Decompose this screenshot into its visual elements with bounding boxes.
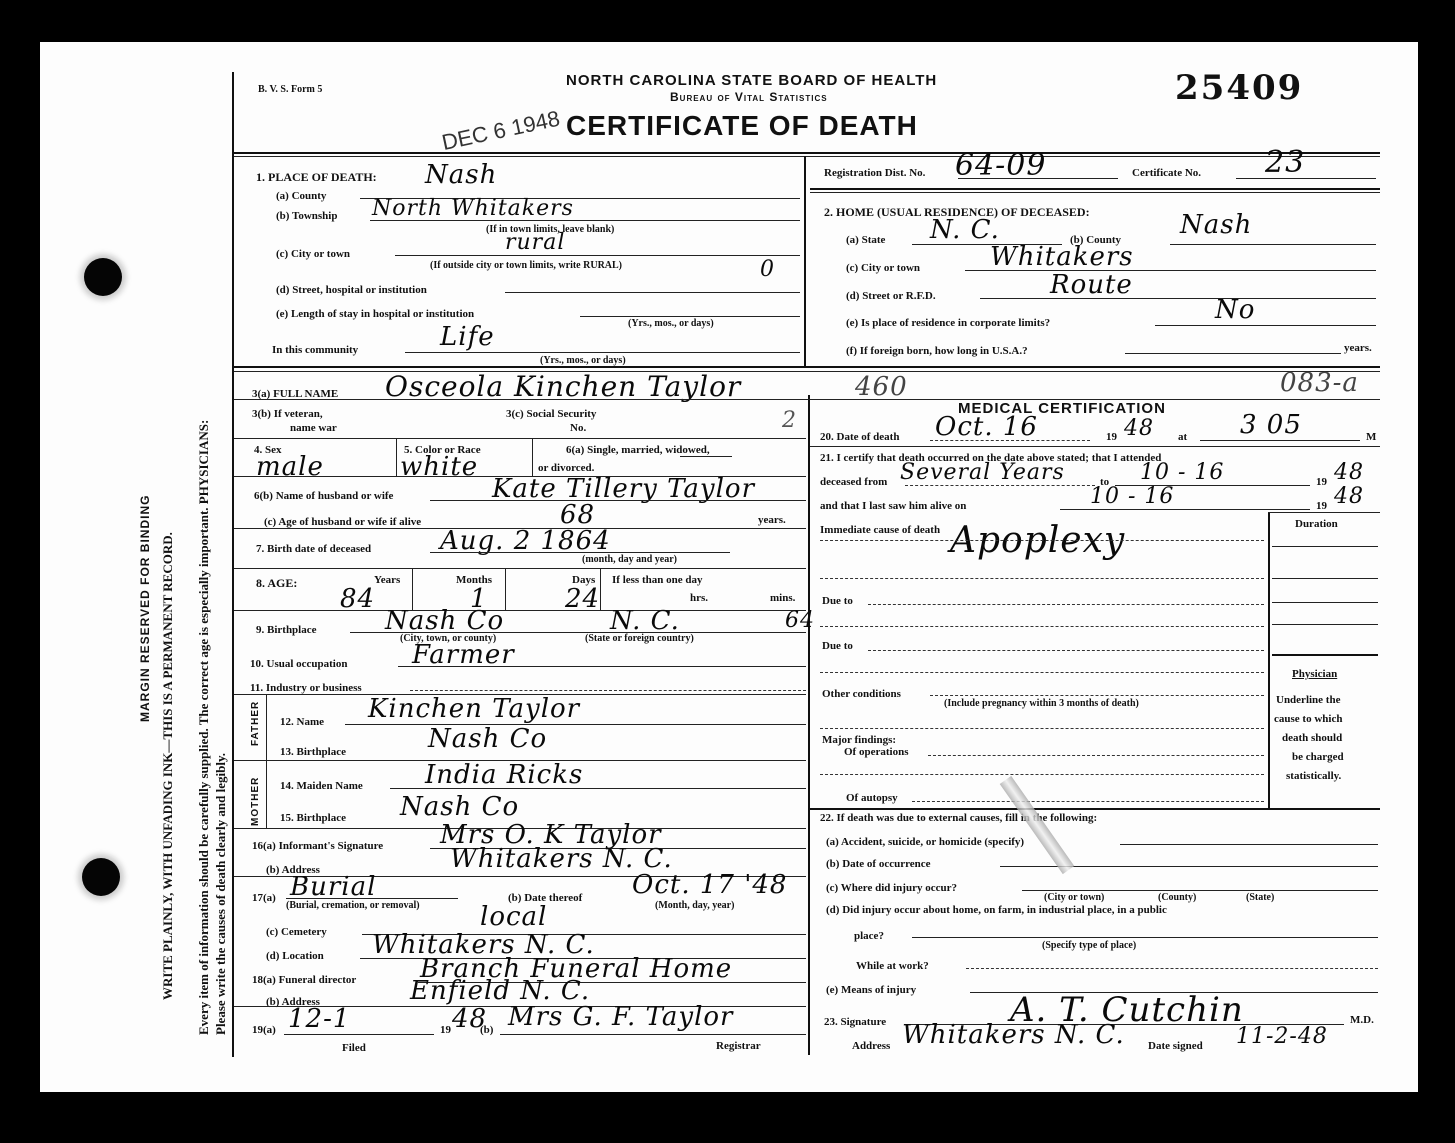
mother-birthplace-value[interactable]: Nash Co	[400, 792, 519, 822]
due-to-1-label: Due to	[822, 595, 853, 607]
ss-label-1: 3(c) Social Security	[506, 408, 596, 420]
while-at-work-label: While at work?	[856, 960, 929, 972]
punch-hole-bottom	[82, 858, 120, 896]
age-label: 8. AGE:	[256, 576, 297, 591]
death-street-line	[505, 292, 800, 293]
mother-maiden-line	[390, 788, 806, 789]
sex-value[interactable]: male	[256, 452, 324, 482]
death-township-label: (b) Township	[276, 210, 337, 222]
attended-to-value[interactable]: 10 - 16	[1140, 460, 1224, 485]
home-foreign-line	[1125, 353, 1341, 354]
physician-md-suffix: M.D.	[1350, 1014, 1374, 1026]
funeral-director-label: 18(a) Funeral director	[252, 974, 356, 986]
attended-to-year-prefix: 19	[1316, 476, 1327, 488]
external-d-label-2: place?	[854, 930, 884, 942]
physician-box-line4: be charged	[1292, 751, 1344, 763]
duration-line-3	[1272, 602, 1378, 603]
community-value[interactable]: Life	[440, 322, 495, 352]
age-divider-1	[412, 568, 413, 610]
date-signed-label: Date signed	[1148, 1040, 1203, 1052]
other-conditions-line	[930, 695, 1264, 696]
last-saw-line	[1060, 509, 1310, 510]
external-d-note: (Specify type of place)	[1042, 940, 1136, 951]
birth-date-line	[430, 552, 730, 553]
attended-from-value[interactable]: Several Years	[900, 460, 1065, 485]
filed-label-b: (b)	[480, 1024, 493, 1036]
industry-line	[410, 690, 806, 691]
medical-bottom-line	[810, 808, 1380, 810]
home-street-value[interactable]: Route	[1050, 270, 1133, 300]
disposition-date-note: (Month, day, year)	[655, 900, 734, 911]
margin-binding-note: MARGIN RESERVED FOR BINDING	[138, 495, 152, 722]
father-tag: FATHER	[250, 701, 261, 746]
agency-name: NORTH CAROLINA STATE BOARD OF HEALTH	[566, 72, 937, 89]
death-date-value[interactable]: Oct. 16	[935, 412, 1038, 442]
attended-to-year[interactable]: 48	[1334, 460, 1364, 485]
registration-divider-thin	[810, 192, 1380, 193]
serial-number: 25409	[1175, 68, 1303, 108]
age-mins-label: mins.	[770, 592, 795, 604]
full-name-line	[234, 399, 1380, 400]
city-mark: 0	[760, 257, 775, 282]
death-stay-line	[580, 316, 800, 317]
city-note: (If outside city or town limits, write R…	[430, 260, 622, 271]
autopsy-label: Of autopsy	[846, 792, 898, 804]
marital-label-1: 6(a) Single, married, widowed,	[566, 444, 710, 456]
form-number: B. V. S. Form 5	[258, 84, 322, 95]
margin-please-write-note: Please write the causes of death clearly…	[213, 753, 229, 1035]
birth-date-label: 7. Birth date of deceased	[256, 543, 371, 555]
registrar-caption: Registrar	[716, 1040, 761, 1052]
home-corporate-line	[1155, 325, 1376, 326]
home-corporate-value[interactable]: No	[1215, 295, 1255, 325]
external-c-line	[1022, 890, 1378, 891]
section-divider-1	[234, 366, 1380, 368]
external-e-label: (e) Means of injury	[826, 984, 916, 996]
header-divider	[234, 152, 1380, 154]
marital-label-2: or divorced.	[538, 462, 594, 474]
home-street-label: (d) Street or R.F.D.	[846, 290, 936, 302]
home-city-line	[965, 270, 1376, 271]
spouse-line	[430, 500, 806, 501]
certificate-title: CERTIFICATE OF DEATH	[566, 110, 918, 142]
physician-box-line5: statistically.	[1286, 770, 1341, 782]
filed-date-line	[284, 1034, 434, 1035]
due-to-spacer-2	[820, 672, 1264, 673]
external-b-label: (b) Date of occurrence	[826, 858, 931, 870]
death-city-label: (c) City or town	[276, 248, 350, 260]
physician-box-line2: cause to which	[1274, 713, 1342, 725]
death-year-prefix: 19	[1106, 431, 1117, 443]
age-row-line	[234, 610, 806, 611]
death-time-line	[1200, 440, 1360, 441]
cause-line-1	[820, 540, 1264, 541]
race-marital-divider	[532, 438, 533, 476]
death-time-value[interactable]: 3 05	[1240, 410, 1302, 440]
due-to-2-label: Due to	[822, 640, 853, 652]
race-value[interactable]: white	[400, 452, 478, 482]
form-left-border	[232, 72, 234, 1057]
duration-divider	[1268, 512, 1270, 808]
registration-divider	[810, 188, 1380, 190]
immediate-cause-label: Immediate cause of death	[820, 524, 940, 536]
header-divider-thin	[234, 156, 1380, 157]
father-name-value[interactable]: Kinchen Taylor	[368, 694, 580, 724]
death-time-suffix: M	[1366, 431, 1376, 443]
age-divider-2	[505, 568, 506, 610]
attended-from-label: deceased from	[820, 476, 887, 488]
location-label: (d) Location	[266, 950, 324, 962]
disposition-method-line	[286, 898, 458, 899]
filed-date-value[interactable]: 12-1	[288, 1004, 350, 1034]
industry-label: 11. Industry or business	[250, 682, 362, 694]
other-conditions-spacer	[820, 728, 1264, 729]
margin-code: 083-a	[1280, 368, 1359, 398]
death-year-value[interactable]: 48	[1124, 416, 1154, 441]
home-foreign-unit: years.	[1344, 342, 1372, 354]
age-lt-day-label: If less than one day	[612, 574, 702, 586]
death-township-value[interactable]: North Whitakers	[372, 196, 574, 221]
certificate-no-value[interactable]: 23	[1265, 145, 1305, 180]
home-county-value[interactable]: Nash	[1180, 210, 1252, 240]
physician-signature-label: 23. Signature	[824, 1016, 886, 1028]
cemetery-value[interactable]: local	[480, 902, 547, 932]
cause-top-line	[1268, 512, 1380, 513]
external-heading: 22. If death was due to external causes,…	[820, 812, 1097, 824]
father-name-line	[345, 724, 806, 725]
occupation-line	[398, 666, 806, 667]
due-to-spacer-1	[820, 626, 1264, 627]
veteran-row-line	[234, 438, 806, 439]
certificate-no-label: Certificate No.	[1132, 167, 1201, 179]
death-date-line	[930, 440, 1090, 441]
external-a-line	[1120, 844, 1378, 845]
physician-box-line1: Underline the	[1276, 694, 1340, 706]
external-c-note-state: (State)	[1246, 892, 1274, 903]
duration-label: Duration	[1295, 518, 1338, 530]
cemetery-label: (c) Cemetery	[266, 926, 327, 938]
sex-race-divider	[396, 438, 397, 476]
duration-line-5	[1272, 654, 1378, 656]
last-saw-year-prefix: 19	[1316, 500, 1327, 512]
birth-date-note: (month, day and year)	[582, 554, 677, 565]
external-a-label: (a) Accident, suicide, or homicide (spec…	[826, 836, 1024, 848]
filed-year-prefix: 19	[440, 1024, 451, 1036]
ss-label-2: No.	[570, 422, 586, 434]
last-saw-year[interactable]: 48	[1334, 484, 1364, 509]
disposition-date-value[interactable]: Oct. 17 '48	[632, 870, 787, 900]
marital-underline	[680, 456, 732, 457]
external-c-note-city: (City or town)	[1044, 892, 1104, 903]
attended-from-line	[905, 485, 1095, 486]
death-township-line	[370, 220, 800, 221]
registration-dist-line	[958, 178, 1118, 179]
place-of-death-heading: 1. PLACE OF DEATH:	[256, 170, 377, 185]
operations-label: Of operations	[844, 746, 908, 758]
registrar-value[interactable]: Mrs G. F. Taylor	[508, 1002, 733, 1032]
operations-spacer	[820, 774, 1264, 775]
disposition-method-label: 17(a)	[252, 892, 276, 904]
due-to-1-line	[868, 604, 1264, 605]
physician-address-value[interactable]: Whitakers N. C.	[902, 1020, 1125, 1050]
physician-box-line3: death should	[1282, 732, 1342, 744]
father-birthplace-value[interactable]: Nash Co	[428, 724, 547, 754]
birthplace-label: 9. Birthplace	[256, 624, 317, 636]
death-county-value[interactable]: Nash	[425, 160, 497, 190]
home-city-label: (c) City or town	[846, 262, 920, 274]
birthplace-code: 64	[785, 608, 815, 633]
father-name-label: 12. Name	[280, 716, 324, 728]
center-divider-top	[804, 156, 806, 366]
occupation-label: 10. Usual occupation	[250, 658, 348, 670]
home-state-value[interactable]: N. C.	[930, 215, 1000, 245]
bureau-name: Bureau of Vital Statistics	[670, 90, 828, 104]
mother-tag: MOTHER	[250, 777, 261, 826]
margin-write-plainly-note: WRITE PLAINLY, WITH UNFADING INK—THIS IS…	[160, 532, 176, 1000]
major-findings-label: Major findings:	[822, 734, 896, 746]
other-conditions-note: (Include pregnancy within 3 months of de…	[944, 698, 1139, 709]
external-c-note-county: (County)	[1158, 892, 1196, 903]
veteran-label-2: name war	[290, 422, 337, 434]
autopsy-line	[912, 801, 1264, 802]
informant-signature-label: 16(a) Informant's Signature	[252, 840, 383, 852]
community-line	[405, 352, 800, 353]
death-city-value[interactable]: rural	[505, 230, 565, 255]
home-foreign-label: (f) If foreign born, how long in U.S.A.?	[846, 345, 1028, 357]
home-county-line	[1170, 244, 1376, 245]
filed-caption: Filed	[342, 1042, 366, 1054]
ss-mark: 2	[782, 408, 797, 433]
physician-box-title: Physician	[1292, 668, 1337, 680]
due-to-2-line	[868, 650, 1264, 651]
certificate-no-line	[1236, 178, 1376, 179]
last-saw-value[interactable]: 10 - 16	[1090, 484, 1174, 509]
center-divider-bottom	[808, 395, 810, 1055]
last-saw-label: and that I last saw him alive on	[820, 500, 966, 512]
age-divider-3	[600, 568, 601, 610]
death-time-label: at	[1178, 431, 1187, 443]
community-note: (Yrs., mos., or days)	[540, 355, 626, 366]
name-code: 460	[855, 372, 908, 402]
external-d-line	[912, 937, 1378, 938]
birth-row-line	[234, 568, 806, 569]
death-date-row-line	[810, 446, 1380, 447]
parent-tag-divider	[266, 694, 267, 828]
spouse-age-label: (c) Age of husband or wife if alive	[264, 516, 421, 528]
external-c-label: (c) Where did injury occur?	[826, 882, 957, 894]
duration-line-1	[1272, 546, 1378, 547]
punch-hole-top	[84, 258, 122, 296]
registration-dist-label: Registration Dist. No.	[824, 167, 925, 179]
disposition-method-note: (Burial, cremation, or removal)	[286, 900, 420, 911]
stay-note: (Yrs., mos., or days)	[628, 318, 714, 329]
age-years-label: Years	[374, 574, 400, 586]
home-city-value[interactable]: Whitakers	[990, 242, 1134, 272]
other-conditions-label: Other conditions	[822, 688, 901, 700]
veteran-label-1: 3(b) If veteran,	[252, 408, 323, 420]
birthplace-note-state: (State or foreign country)	[585, 633, 694, 644]
spouse-age-unit: years.	[758, 514, 786, 526]
registrar-line	[500, 1034, 806, 1035]
death-stay-label: (e) Length of stay in hospital or instit…	[276, 308, 474, 320]
age-hrs-label: hrs.	[690, 592, 708, 604]
date-signed-value[interactable]: 11-2-48	[1236, 1024, 1328, 1049]
death-county-label: (a) County	[276, 190, 326, 202]
home-state-label: (a) State	[846, 234, 885, 246]
death-street-label: (d) Street, hospital or institution	[276, 284, 427, 296]
mother-maiden-value[interactable]: India Ricks	[425, 760, 583, 790]
mother-birthplace-label: 15. Birthplace	[280, 812, 346, 824]
mother-maiden-label: 14. Maiden Name	[280, 780, 363, 792]
home-street-line	[980, 298, 1376, 299]
physician-address-label: Address	[852, 1040, 890, 1052]
filed-label-a: 19(a)	[252, 1024, 276, 1036]
margin-every-item-note: Every item of information should be care…	[196, 420, 212, 1035]
operations-line	[928, 755, 1264, 756]
while-at-work-line	[966, 968, 1378, 969]
death-city-line	[395, 255, 800, 256]
home-corporate-label: (e) Is place of residence in corporate l…	[846, 317, 1050, 329]
father-birthplace-label: 13. Birthplace	[280, 746, 346, 758]
death-date-label: 20. Date of death	[820, 431, 899, 443]
spouse-label: 6(b) Name of husband or wife	[254, 490, 393, 502]
external-d-label: (d) Did injury occur about home, on farm…	[826, 904, 1167, 916]
duration-line-2	[1272, 578, 1378, 579]
duration-line-4	[1272, 624, 1378, 625]
cause-line-2	[820, 578, 1264, 579]
community-label: In this community	[272, 344, 358, 356]
